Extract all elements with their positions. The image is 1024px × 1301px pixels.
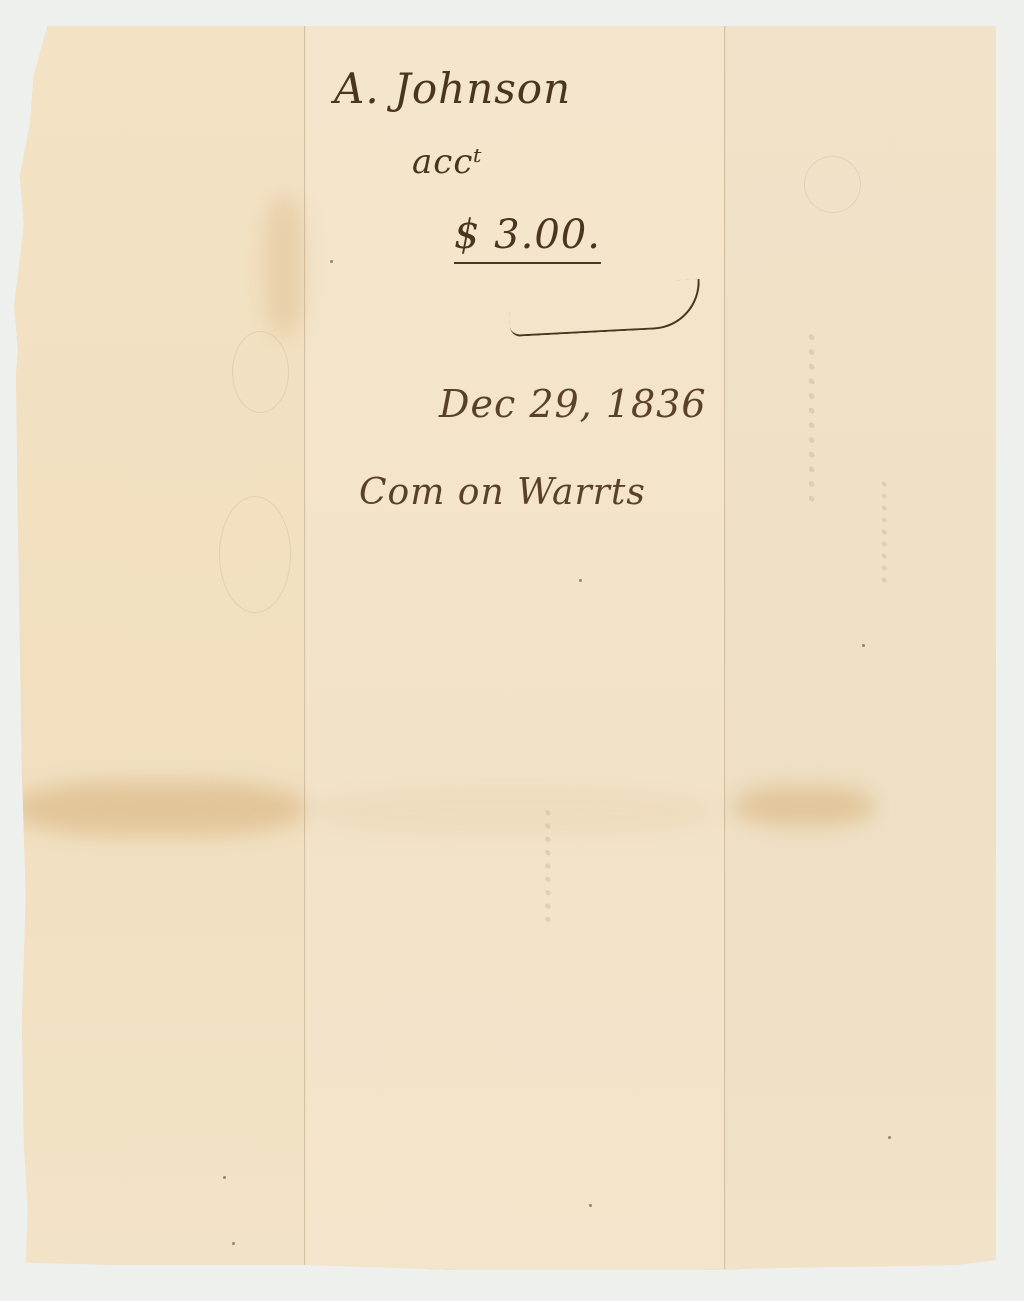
paper-speck: [223, 1176, 226, 1179]
fold-line-left: [304, 26, 306, 1270]
docket-date: Dec 29, 1836: [439, 382, 707, 426]
paper-speck: [862, 644, 865, 647]
paper-speck: [330, 260, 333, 263]
paper-speck: [232, 1242, 235, 1245]
paper-sheet: ………… ……… ……… A. Johnson accᵗ $ 3.00. Dec…: [14, 26, 996, 1270]
bleed-through-text: ………: [854, 478, 895, 586]
bleed-through-flourish: [232, 331, 289, 413]
bleed-through-flourish: [804, 156, 861, 213]
bleed-through-flourish: [219, 496, 291, 613]
bleed-through-text: …………: [774, 330, 825, 506]
committee-note: Com on Warrts: [359, 472, 646, 513]
water-stain-left: [14, 781, 304, 836]
scan-background: ………… ……… ……… A. Johnson accᵗ $ 3.00. Dec…: [0, 0, 1024, 1301]
account-label: accᵗ: [412, 142, 483, 182]
paper-speck: [579, 579, 582, 582]
amount: $ 3.00.: [454, 212, 601, 258]
water-stain-upper-left: [264, 196, 304, 336]
fold-panel-right: [725, 26, 996, 1270]
water-stain-right: [734, 786, 874, 826]
fold-line-right: [724, 26, 726, 1270]
bleed-through-text: ………: [514, 806, 560, 926]
paper-speck: [888, 1136, 891, 1139]
fold-panel-left: [14, 26, 304, 1270]
paper-speck: [589, 1204, 592, 1207]
payee-name: A. Johnson: [334, 64, 571, 113]
